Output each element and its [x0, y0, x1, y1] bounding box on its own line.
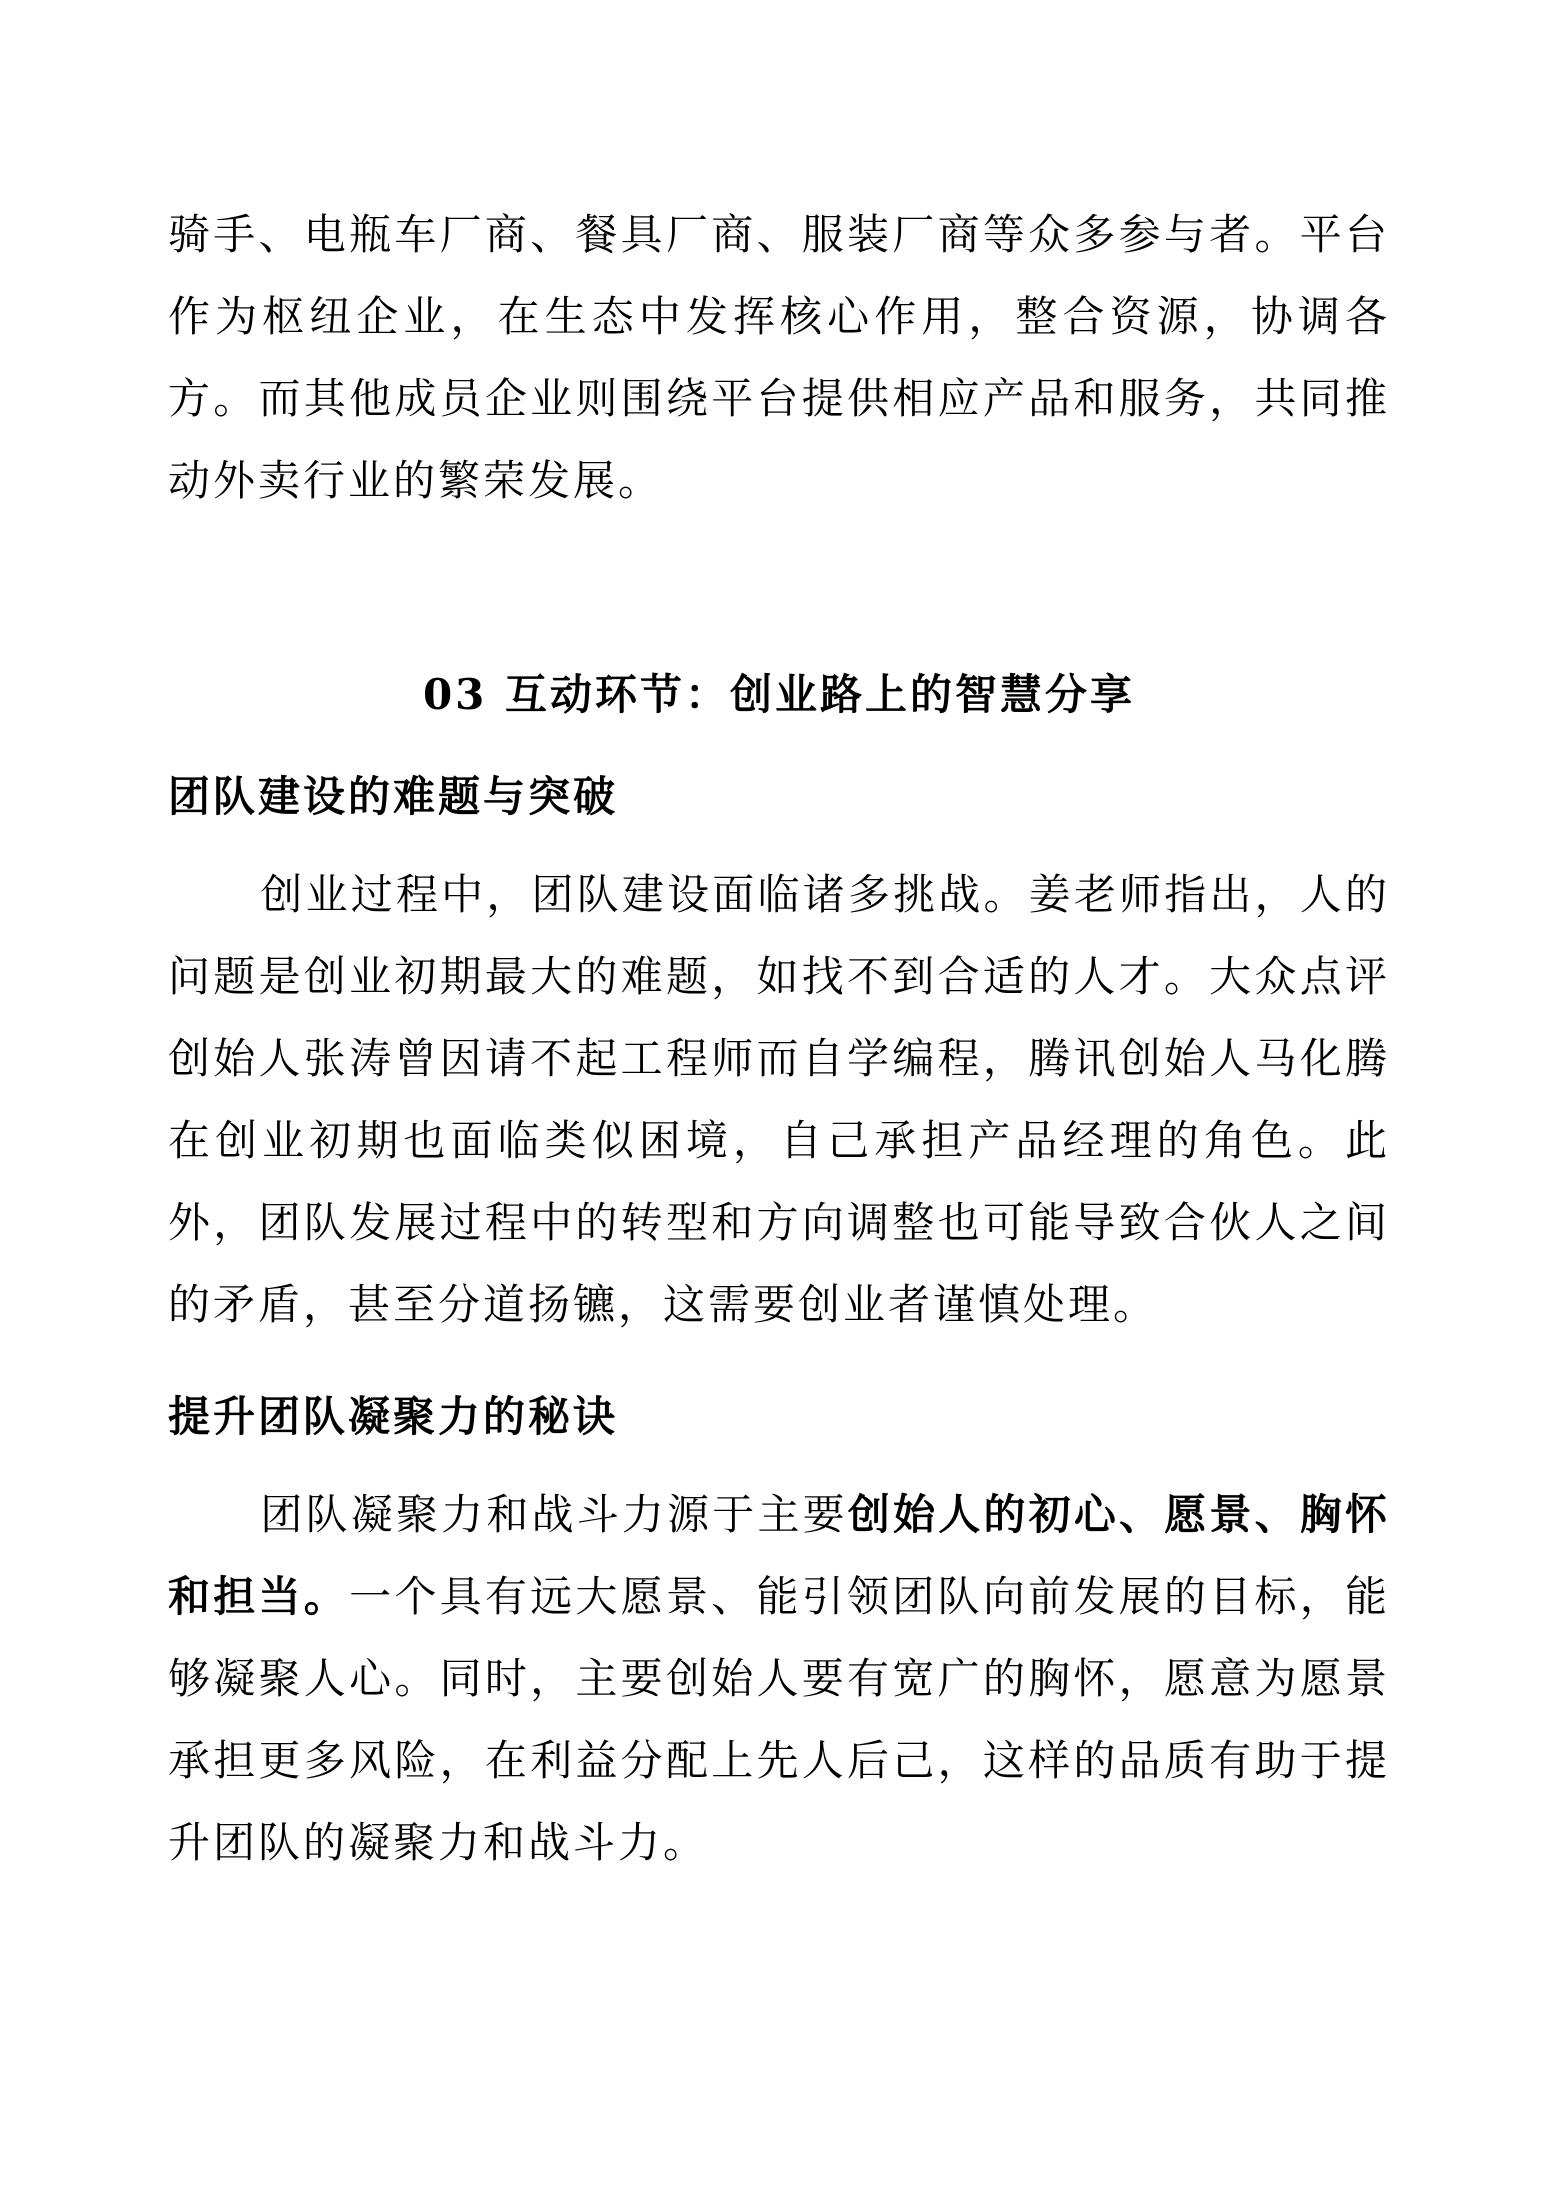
paragraph-team-cohesion: 团队凝聚力和战斗力源于主要创始人的初心、愿景、胸怀和担当。一个具有远大愿景、能引… — [168, 1474, 1390, 1884]
cohesion-normal-run-1: 团队凝聚力和战斗力源于主要 — [260, 1490, 847, 1539]
section-heading-interactive-session: 03 互动环节：创业路上的智慧分享 — [168, 654, 1390, 736]
subheading-team-building-challenges: 团队建设的难题与突破 — [168, 756, 1390, 838]
paragraph-team-building-challenges: 创业过程中，团队建设面临诸多挑战。姜老师指出，人的问题是创业初期最大的难题，如找… — [168, 854, 1390, 1346]
subheading-team-cohesion-secrets: 提升团队凝聚力的秘诀 — [168, 1376, 1390, 1458]
document-page: 骑手、电瓶车厂商、餐具厂商、服装厂商等众多参与者。平台作为枢纽企业，在生态中发挥… — [0, 0, 1560, 2206]
paragraph-platform-ecosystem: 骑手、电瓶车厂商、餐具厂商、服装厂商等众多参与者。平台作为枢纽企业，在生态中发挥… — [168, 194, 1390, 522]
cohesion-normal-run-2: 一个具有远大愿景、能引领团队向前发展的目标，能够凝聚人心。同时，主要创始人要有宽… — [168, 1572, 1390, 1867]
